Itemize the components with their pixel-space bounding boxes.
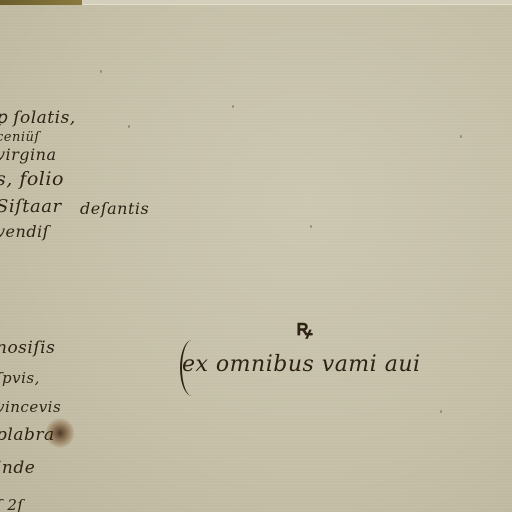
paper-speck bbox=[440, 410, 442, 413]
handwriting-line: vincevis bbox=[0, 398, 61, 416]
handwriting-line: ſ 2ſ bbox=[0, 496, 23, 512]
paper-speck bbox=[128, 125, 130, 128]
main-handwriting-line: ex omnibus vami aui bbox=[182, 352, 421, 377]
handwriting-line: vendiſ bbox=[0, 222, 49, 241]
handwriting-line: ꝑ ſolatis, bbox=[0, 108, 76, 128]
handwriting-line: plabra bbox=[0, 425, 55, 445]
handwriting-line: nosiſis bbox=[0, 338, 55, 358]
handwriting-line: s, folio bbox=[0, 168, 64, 190]
handwriting-line: virgina bbox=[0, 145, 57, 164]
handwriting-line: Siſtaar bbox=[0, 196, 62, 217]
top-binding-strip bbox=[0, 0, 82, 5]
handwriting-line: ſpvis, bbox=[0, 369, 40, 387]
paper-speck bbox=[460, 135, 462, 138]
handwriting-line: deſantis bbox=[80, 199, 149, 218]
paper-speck bbox=[232, 105, 234, 108]
handwriting-line: inde bbox=[0, 458, 35, 478]
manuscript-page: ꝑ ſolatis, ceniüſ virgina s, folio Siſta… bbox=[0, 0, 512, 512]
page-top-edge bbox=[82, 0, 512, 5]
paper-speck bbox=[100, 70, 102, 73]
paper-speck bbox=[310, 225, 312, 228]
handwriting-line: ceniüſ bbox=[0, 130, 40, 145]
abbreviation-symbol: ꝶ bbox=[296, 312, 313, 342]
